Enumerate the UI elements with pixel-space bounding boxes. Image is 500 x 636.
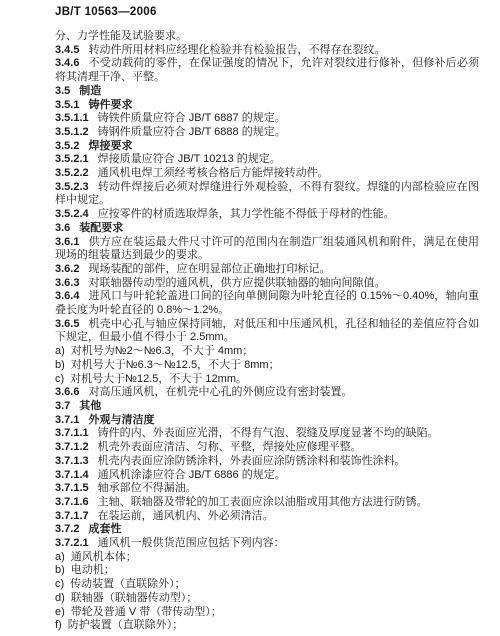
paragraph-text: 通风机一般供货范围应包括下列内容： (98, 537, 285, 549)
paragraph-text: 机壳中心孔与轴应保持同轴，对低压和中压通风机，孔径和轴径的差值应符合如下规定，但… (55, 318, 479, 344)
paragraph-text: 外观与清洁度 (88, 414, 154, 426)
paragraph-text: 主轴、联轴器及带轮的加工表面应涂以油脂或用其他方法进行防锈。 (98, 496, 428, 508)
list-item: b)电动机； (55, 564, 479, 578)
list-item: b)对机号大于№6.3～№12.5，不大于 8mm； (55, 359, 479, 373)
list-label: b) (55, 564, 65, 576)
paragraph-text: 防护装置（直联除外）； (68, 619, 184, 631)
clause-number: 3.6.2 (55, 263, 79, 275)
paragraph-text: 在装运前，通风机内、外必须清洁。 (98, 510, 274, 522)
clause-number: 3.7.1.3 (55, 455, 89, 467)
clause-number: 3.6.6 (55, 386, 79, 398)
clause-number: 3.7.2.1 (55, 537, 89, 549)
clause-paragraph: 3.7.1.4通风机涂漆应符合 JB/T 6886 的规定。 (55, 469, 479, 483)
paragraph-text: 不受动载荷的零件，在保证强度的情况下，允许对裂纹进行修补，但修补后必须将其清理干… (55, 57, 479, 83)
clause-paragraph: 3.6.1供方应在装运最大件尺寸许可的范围内在制造厂组装通风机和附件，满足在使用… (55, 236, 479, 263)
clause-paragraph: 3.5.1.2铸钢件质量应符合 JB/T 6888 的规定。 (55, 126, 479, 140)
section-heading: 3.7.2成套性 (55, 523, 479, 537)
paragraph-text: 制造 (79, 85, 101, 97)
clause-number: 3.7.1.5 (55, 482, 89, 494)
list-item: d)联轴器（联轴器传动型）； (55, 592, 479, 606)
clause-number: 3.5.2.3 (55, 181, 89, 193)
paragraph-text: 分、力学性能及试验要求。 (55, 30, 187, 42)
clause-number: 3.5.1.1 (55, 112, 89, 124)
paragraph-text: 应按零件的材质选取焊条，其力学性能不得低于母材的性能。 (98, 208, 395, 220)
clause-number: 3.4.5 (55, 44, 79, 56)
paragraph-text: 机壳内表面应涂防锈涂料，外表面应涂防锈涂料和装饰性涂料。 (98, 455, 406, 467)
clause-paragraph: 3.5.2.1焊接质量应符合 JB/T 10213 的规定。 (55, 153, 479, 167)
section-heading: 3.5制造 (55, 85, 479, 99)
clause-number: 3.7.2 (55, 523, 79, 535)
paragraph-text: 铸铁件质量应符合 JB/T 6887 的规定。 (98, 112, 286, 124)
paragraph-text: 成套性 (88, 523, 121, 535)
paragraph-text: 转动件焊接后必须对焊缝进行外观检验，不得有裂纹。焊缝的内部检验应在图样中规定。 (55, 181, 479, 207)
clause-number: 3.7.1.4 (55, 469, 89, 481)
paragraph-text: 电动机； (71, 564, 115, 576)
paragraph-text: 通风机涂漆应符合 JB/T 6886 的规定。 (98, 469, 286, 481)
paragraph-text: 焊接质量应符合 JB/T 10213 的规定。 (98, 153, 281, 165)
paragraph-text: 联轴器（联轴器传动型）； (71, 592, 198, 604)
list-label: c) (55, 373, 64, 385)
clause-paragraph: 3.7.1.5轴承部位不得漏油。 (55, 482, 479, 496)
clause-number: 3.5.2.1 (55, 153, 89, 165)
clause-paragraph: 3.5.2.2通风机电焊工须经考核合格后方能焊接转动件。 (55, 167, 479, 181)
list-item: e)带轮及普通 V 带（带传动型）； (55, 606, 479, 620)
clause-paragraph: 3.6.5机壳中心孔与轴应保持同轴，对低压和中压通风机，孔径和轴径的差值应符合如… (55, 318, 479, 345)
clause-number: 3.7.1.2 (55, 441, 89, 453)
document-page: JB/T 10563—2006 分、力学性能及试验要求。3.4.5转动件所用材料… (0, 0, 500, 636)
list-label: c) (55, 578, 64, 590)
clause-paragraph: 3.5.2.3转动件焊接后必须对焊缝进行外观检验，不得有裂纹。焊缝的内部检验应在… (55, 181, 479, 208)
list-item: a)对机号为№2～№6.3，不大于 4mm； (55, 345, 479, 359)
list-item: c)对机号大于№12.5，不大于 12mm。 (55, 373, 479, 387)
continuation-line: 分、力学性能及试验要求。 (55, 30, 479, 44)
paragraph-text: 对机号大于№6.3～№12.5，不大于 8mm； (71, 359, 280, 371)
list-item: f)防护装置（直联除外）； (55, 619, 479, 633)
clause-paragraph: 3.6.3对联轴器传动型的通风机，供方应提供联轴器的轴向间隙值。 (55, 277, 479, 291)
section-heading: 3.5.1铸件要求 (55, 99, 479, 113)
list-item: a)通风机本体； (55, 551, 479, 565)
clause-paragraph: 3.7.1.6主轴、联轴器及带轮的加工表面应涂以油脂或用其他方法进行防锈。 (55, 496, 479, 510)
clause-number: 3.5.1.2 (55, 126, 89, 138)
clause-paragraph: 3.7.1.7在装运前，通风机内、外必须清洁。 (55, 510, 479, 524)
list-label: a) (55, 345, 65, 357)
clause-paragraph: 3.5.1.1铸铁件质量应符合 JB/T 6887 的规定。 (55, 112, 479, 126)
clause-paragraph: 3.4.6不受动载荷的零件，在保证强度的情况下，允许对裂纹进行修补，但修补后必须… (55, 57, 479, 84)
paragraph-text: 供方应在装运最大件尺寸许可的范围内在制造厂组装通风机和附件，满足在使用现场的组装… (55, 236, 479, 262)
paragraph-text: 轴承部位不得漏油。 (98, 482, 197, 494)
list-label: d) (55, 592, 65, 604)
document-body: 分、力学性能及试验要求。3.4.5转动件所用材料应经理化检验并有检验报告，不得存… (55, 30, 479, 633)
clause-number: 3.6 (55, 222, 70, 234)
section-heading: 3.7其他 (55, 400, 479, 414)
paragraph-text: 通风机本体； (71, 551, 137, 563)
clause-number: 3.5 (55, 85, 70, 97)
paragraph-text: 现场装配的部件，应在明显部位正确地打印标记。 (88, 263, 330, 275)
clause-paragraph: 3.7.2.1通风机一般供货范围应包括下列内容： (55, 537, 479, 551)
section-heading: 3.7.1外观与清洁度 (55, 414, 479, 428)
paragraph-text: 带轮及普通 V 带（带传动型）； (71, 606, 222, 618)
clause-number: 3.6.1 (55, 236, 79, 248)
paragraph-text: 装配要求 (79, 222, 123, 234)
paragraph-text: 转动件所用材料应经理化检验并有检验报告，不得存在裂纹。 (88, 44, 385, 56)
paragraph-text: 进风口与叶轮轮盖进口间的径向单侧间隙为叶轮直径的 0.15%～0.40%，轴向重… (55, 290, 479, 316)
clause-number: 3.6.4 (55, 290, 79, 302)
paragraph-text: 对机号为№2～№6.3，不大于 4mm； (71, 345, 254, 357)
paragraph-text: 传动装置（直联除外）； (70, 578, 186, 590)
clause-paragraph: 3.7.1.1铸件的内、外表面应光滑，不得有气泡、裂缝及厚度显著不均的缺陷。 (55, 427, 479, 441)
list-item: c)传动装置（直联除外）； (55, 578, 479, 592)
clause-number: 3.7.1.1 (55, 427, 89, 439)
clause-paragraph: 3.7.1.3机壳内表面应涂防锈涂料，外表面应涂防锈涂料和装饰性涂料。 (55, 455, 479, 469)
clause-number: 3.4.6 (55, 57, 79, 69)
paragraph-text: 铸件的内、外表面应光滑，不得有气泡、裂缝及厚度显著不均的缺陷。 (98, 427, 439, 439)
clause-number: 3.6.3 (55, 277, 79, 289)
paragraph-text: 机壳外表面应清洁、匀称、平整，焊接处应修理平整。 (98, 441, 362, 453)
clause-number: 3.7.1.7 (55, 510, 89, 522)
clause-number: 3.5.2.4 (55, 208, 89, 220)
clause-paragraph: 3.6.2现场装配的部件，应在明显部位正确地打印标记。 (55, 263, 479, 277)
clause-number: 3.5.1 (55, 99, 79, 111)
section-heading: 3.5.2焊接要求 (55, 140, 479, 154)
list-label: e) (55, 606, 65, 618)
paragraph-text: 铸钢件质量应符合 JB/T 6888 的规定。 (98, 126, 286, 138)
paragraph-text: 铸件要求 (88, 99, 132, 111)
list-label: a) (55, 551, 65, 563)
clause-paragraph: 3.6.6对高压通风机，在机壳中心孔的外侧应设有密封装置。 (55, 386, 479, 400)
list-label: f) (55, 619, 62, 631)
paragraph-text: 对高压通风机，在机壳中心孔的外侧应设有密封装置。 (88, 386, 352, 398)
clause-number: 3.5.2.2 (55, 167, 89, 179)
list-label: b) (55, 359, 65, 371)
clause-number: 3.6.5 (55, 318, 79, 330)
clause-paragraph: 3.4.5转动件所用材料应经理化检验并有检验报告，不得存在裂纹。 (55, 44, 479, 58)
clause-paragraph: 3.5.2.4应按零件的材质选取焊条，其力学性能不得低于母材的性能。 (55, 208, 479, 222)
paragraph-text: 焊接要求 (88, 140, 132, 152)
standard-number-header: JB/T 10563—2006 (55, 6, 157, 18)
section-heading: 3.6装配要求 (55, 222, 479, 236)
paragraph-text: 通风机电焊工须经考核合格后方能焊接转动件。 (98, 167, 329, 179)
paragraph-text: 其他 (79, 400, 101, 412)
clause-number: 3.5.2 (55, 140, 79, 152)
paragraph-text: 对机号大于№12.5，不大于 12mm。 (70, 373, 247, 385)
clause-number: 3.7.1 (55, 414, 79, 426)
clause-paragraph: 3.6.4进风口与叶轮轮盖进口间的径向单侧间隙为叶轮直径的 0.15%～0.40… (55, 290, 479, 317)
clause-number: 3.7 (55, 400, 70, 412)
clause-number: 3.7.1.6 (55, 496, 89, 508)
paragraph-text: 对联轴器传动型的通风机，供方应提供联轴器的轴向间隙值。 (88, 277, 385, 289)
clause-paragraph: 3.7.1.2机壳外表面应清洁、匀称、平整，焊接处应修理平整。 (55, 441, 479, 455)
